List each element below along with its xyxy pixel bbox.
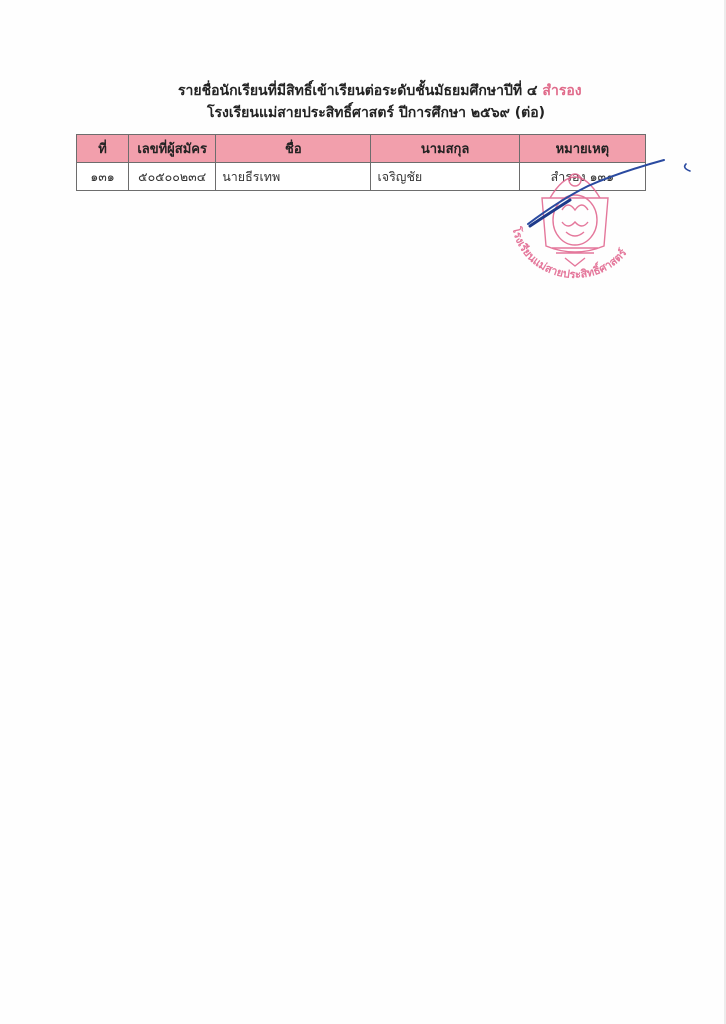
student-table: ที่ เลขที่ผู้สมัคร ชื่อ นามสกุล หมายเหตุ… (76, 134, 646, 191)
column-header-first-name: ชื่อ (216, 135, 371, 163)
column-header-applicant-id: เลขที่ผู้สมัคร (129, 135, 216, 163)
svg-text:โรงเรียนแม่สายประสิทธิ์ศาสตร์: โรงเรียนแม่สายประสิทธิ์ศาสตร์ (509, 224, 629, 281)
title-line-1-text: รายชื่อนักเรียนที่มีสิทธิ์เข้าเรียนต่อระ… (178, 83, 542, 99)
cell-last-name: เจริญชัย (371, 163, 519, 191)
column-header-note: หมายเหตุ (519, 135, 645, 163)
cell-no: ๑๓๑ (77, 163, 129, 191)
cell-note: สำรอง ๑๓๑ (519, 163, 645, 191)
cell-first-name: นายธีรเทพ (216, 163, 371, 191)
title-reserve-label: สำรอง (542, 83, 581, 99)
table-header-row: ที่ เลขที่ผู้สมัคร ชื่อ นามสกุล หมายเหตุ (77, 135, 646, 163)
cell-applicant-id: ๕๐๕๐๐๒๓๔ (129, 163, 216, 191)
title-line-1: รายชื่อนักเรียนที่มีสิทธิ์เข้าเรียนต่อระ… (178, 80, 582, 102)
table-row: ๑๓๑ ๕๐๕๐๐๒๓๔ นายธีรเทพ เจริญชัย สำรอง ๑๓… (77, 163, 646, 191)
title-line-2: โรงเรียนแม่สายประสิทธิ์ศาสตร์ ปีการศึกษา… (207, 102, 545, 124)
column-header-no: ที่ (77, 135, 129, 163)
document-page: รายชื่อนักเรียนที่มีสิทธิ์เข้าเรียนต่อระ… (0, 0, 726, 1024)
column-header-last-name: นามสกุล (371, 135, 519, 163)
